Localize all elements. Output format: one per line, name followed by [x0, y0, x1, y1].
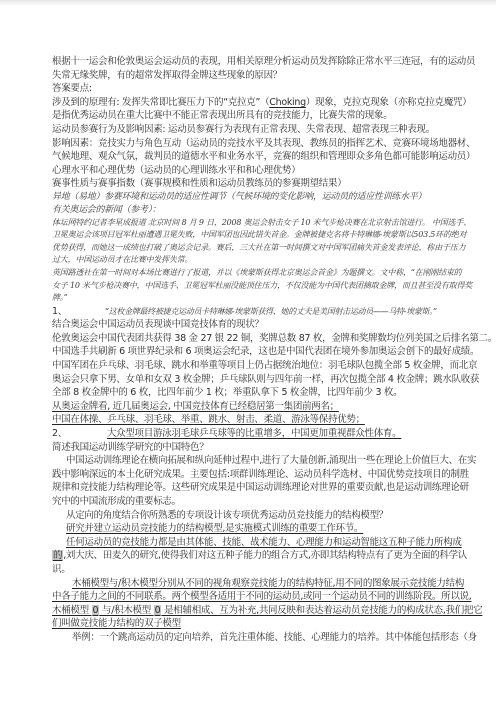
text-run: 答案要点:: [52, 83, 92, 94]
text-run: 奥运会只拿下男、女单和女双 3 枚金牌；乒乓球队则与四年前一样，再次包揽全部 4…: [52, 374, 479, 385]
text-line: 伦敦奥运会中国代表团共获得 38 金 27 银 22 铜，奖牌总数 87 枚，金…: [52, 332, 464, 346]
text-line: 从奥运金牌看, 近几届奥运会, 中国竞技体育已经稳居第一集团前两名；: [52, 400, 464, 414]
text-run: 英国路透社在第一时间对本场比赛进行了报道，并以《埃蒙斯获得北京奥运会首金》为题撰…: [52, 268, 462, 277]
text-line: 中国在体操、乒乓球、羽毛球、举重、跳水、射击、柔道、游泳等保持优势；: [52, 413, 464, 427]
text-run: 心理水平和心理优势（运动员的心理训练水平和和心理优势）: [52, 165, 300, 176]
text-line: 是指优秀运动员在重大比赛中不能正常表现出所具有的竞技能力，比赛失常的现象。: [52, 109, 464, 123]
text-run: 牌。”: [52, 293, 68, 302]
text-run: 从奥运金牌看, 近几届奥运会, 中国竞技体育已经稳居第一集团前两名；: [52, 401, 339, 412]
text-run: 规律和竞技能力结构理论等。这些研究成果是中国运动训练理论对世界的重要贡献,也是运…: [52, 482, 469, 493]
text-run: 中国在体操、乒乓球、羽毛球、举重、跳水、射击、柔道、游泳等保持优势；: [52, 414, 365, 425]
text-run: 是指优秀运动员在重大比赛中不能正常表现出所具有的竞技能力，比赛失常的现象。: [52, 110, 392, 121]
text-line: 卫冕奥运会该项目冠军杜丽遭遇卫冕失败，中国军团也因此错失首金。金牌被捷克名将卡特…: [52, 229, 464, 242]
text-run: 结合奥运会中国运动员表现谈中国竞技体育的现状？: [52, 319, 264, 330]
text-run: 中国军团在乒乓球、羽毛球、跳水和举重等项目上仍占据统治地位：羽毛球队包揽全部 5…: [52, 360, 477, 371]
text-line: 影响因素：竞技实力与角色互动（运动员的竞技水平及其表现、教练员的指挥艺术、竞赛环…: [52, 137, 464, 151]
text-run: ,刘大庆、田麦久的研究,使得我们对这五种子能力的组合方式,亦即其结构特点有了更为…: [63, 550, 467, 561]
text-run: 大众型项目游泳羽毛球乒乓球等的比重增多，中国更加重视群众性体育。: [107, 428, 401, 439]
text-run: 1、: [52, 306, 67, 317]
text-run: 体坛网特约记者李星成报道 北京时间 8 月 9 日，2008 奥运会射击女子 1…: [52, 218, 471, 227]
text-run: 与/积木模型: [99, 605, 153, 616]
field-shaded-text: 的: [52, 550, 63, 561]
text-run: 任何运动员的竞技能力都是由其体能、技能、战术能力、心理能力和运动智能这五种子能力…: [66, 537, 462, 548]
text-run: 2、: [52, 428, 67, 439]
document-content: 根据十一运会和伦敦奥运会运动员的表现，用相关原理分析运动员发挥除除正常水平三连冠…: [52, 55, 464, 645]
text-run: 中各子能力之间的不同联系。两个模型各适用于不同的运动员,或同一个运动员不同的训练…: [52, 591, 471, 602]
text-line: 木桶模型与/积木模型分别从不同的视角观察竞技能力的结构特征,用不同的图象展示竞技…: [52, 577, 464, 591]
text-run: 涉及到的原理有: 发挥失常即比赛压力下的“克拉克”（: [52, 97, 269, 108]
text-run: 践中影响深远的本土化研究成果。主要包括:项群训练理论、运动员科学选材、中国优势竞…: [52, 469, 469, 480]
text-line: 结合奥运会中国运动员表现谈中国竞技体育的现状？: [52, 318, 464, 332]
text-line: 体坛网特约记者李星成报道 北京时间 8 月 9 日，2008 奥运会射击女子 1…: [52, 217, 464, 230]
text-line: 心理水平和心理优势（运动员的心理训练水平和和心理优势）: [52, 164, 464, 178]
text-run: 影响因素：竞技实力与角色互动（运动员的竞技水平及其表现、教练员的指挥艺术、竞赛环…: [52, 138, 475, 149]
text-run: 是相辅相成、互为补充,共同反映和表达着运动员竞技能力的构成状态,我们把它: [161, 605, 482, 616]
text-run: 运动员参赛行为及影响因素: 运动员参赛行为表现有正常表现、失常表现、超常表现三种…: [52, 124, 435, 135]
text-line: 全部 8 枚金牌中的 6 枚，比四年前少 1 枚；举重队拿下 5 枚金牌，比四年…: [52, 386, 464, 400]
text-line: 1、“这枚金牌最终被捷克运动员卡特琳娜-埃蒙斯获得，她的丈夫是美国射击运动员——…: [52, 305, 464, 319]
text-line: 简述我国运动训练学研究的中国特色？: [52, 441, 464, 455]
text-run: 全部 8 枚金牌中的 6 枚，比四年前少 1 枚；举重队拿下 5 枚金牌，比四年…: [52, 387, 402, 398]
text-run: 识。: [52, 564, 70, 575]
text-line: 答案要点:: [52, 82, 464, 96]
text-run: 举例：一个跳高运动员的定向培养，首先注重体能、技能、心理能力的培养。其中体能包括…: [72, 632, 477, 643]
text-run: 中国运动训练理论在横向拓展和纵向延伸过程中,进行了大量创新,涌现出一些在理论上价…: [66, 455, 476, 466]
document-page: 根据十一运会和伦敦奥运会运动员的表现，用相关原理分析运动员发挥除除正常水平三连冠…: [0, 0, 496, 702]
text-run: Choking: [269, 97, 306, 108]
text-line: 英国路透社在第一时间对本场比赛进行了报道，并以《埃蒙斯获得北京奥运会首金》为题撰…: [52, 267, 464, 280]
text-run: 中国选手共刷新 6 项世界纪录和 6 项奥运会纪录，这也是中国代表团在境外参加奥…: [52, 346, 479, 357]
text-line: 优势获得，而她这一成绩也打破了奥运会记录。赛后，三大社在第一时间撰文对中国军团痛…: [52, 242, 464, 255]
text-line: 中国军团在乒乓球、羽毛球、跳水和举重等项目上仍占据统治地位：羽毛球队包揽全部 5…: [52, 359, 464, 373]
text-run: 女子 10 米气步枪决赛中，中国选手、卫冕冠军杜丽没能顶住压力，不仅没能为中国代…: [52, 281, 472, 290]
text-line: 牌。”: [52, 292, 464, 305]
text-run: 有关奥运会的新闻（参考）：: [52, 205, 161, 215]
text-run: 木桶模型与/积木模型分别从不同的视角观察竞技能力的结构特征,用不同的图象展示竞技…: [72, 578, 464, 589]
text-run: 根据十一运会和伦敦奥运会运动员的表现，用相关原理分析运动员发挥除除正常水平三连冠…: [52, 56, 475, 67]
scan-edge-artifact: [0, 0, 496, 6]
text-run: 从定向的角度结合你所熟悉的专项设计该专项优秀运动员竞技能力的结构模型？: [66, 510, 388, 521]
text-line: 异地（易地）参赛环境和运动员的适应性调节（气候环境的变化影响，运动员的适应性训练…: [52, 191, 464, 204]
text-line: 究中的中国流形成的重要标志。: [52, 495, 464, 509]
text-run: 研究并建立运动员竞技能力的结构模型,是实施模式训练的重要工作环节。: [66, 523, 363, 534]
text-line: 失常无缘奖牌，有的超常发挥取得金牌这些现象的原因？: [52, 69, 464, 83]
text-run: 究中的中国流形成的重要标志。: [52, 496, 181, 507]
text-line: 从定向的角度结合你所熟悉的专项设计该专项优秀运动员竞技能力的结构模型？: [52, 509, 464, 523]
text-line: 2、大众型项目游泳羽毛球乒乓球等的比重增多，中国更加重视群众性体育。: [52, 427, 464, 441]
text-line: 识。: [52, 563, 464, 577]
text-line: 过大，中国运动员才在比赛中发挥失常。: [52, 254, 464, 267]
text-line: 气候地理、观众气氛，裁判员的道德水平和业务水平，竞赛的组织和管理即众多角色都可能…: [52, 150, 464, 164]
text-run: 简述我国运动训练学研究的中国特色？: [52, 442, 208, 453]
text-line: 举例：一个跳高运动员的定向培养，首先注重体能、技能、心理能力的培养。其中体能包括…: [52, 631, 464, 645]
text-line: 木桶模型 0 与/积木模型 0 是相辅相成、互为补充,共同反映和表达着运动员竞技…: [52, 604, 464, 618]
text-line: 女子 10 米气步枪决赛中，中国选手、卫冕冠军杜丽没能顶住压力，不仅没能为中国代…: [52, 280, 464, 293]
text-run: 伦敦奥运会中国代表团共获得 38 金 27 银 22 铜，奖牌总数 87 枚，金…: [52, 333, 496, 344]
text-line: 奥运会只拿下男、女单和女双 3 枚金牌；乒乓球队则与四年前一样，再次包揽全部 4…: [52, 373, 464, 387]
text-line: 任何运动员的竞技能力都是由其体能、技能、战术能力、心理能力和运动智能这五种子能力…: [52, 536, 464, 550]
text-line: 规律和竞技能力结构理论等。这些研究成果是中国运动训练理论对世界的重要贡献,也是运…: [52, 481, 464, 495]
text-run: 过大，中国运动员才在比赛中发挥失常。: [52, 255, 192, 264]
text-run: 异地（易地）参赛环境和运动员的适应性调节（气候环境的变化影响，运动员的适应性训练…: [52, 192, 426, 202]
text-run: 木桶模型: [52, 605, 92, 616]
text-line: 运动员参赛行为及影响因素: 运动员参赛行为表现有正常表现、失常表现、超常表现三种…: [52, 123, 464, 137]
text-line: 根据十一运会和伦敦奥运会运动员的表现，用相关原理分析运动员发挥除除正常水平三连冠…: [52, 55, 464, 69]
text-run: 们叫做竞技能力结构的双子模型: [52, 618, 181, 629]
text-run: 卫冕奥运会该项目冠军杜丽遭遇卫冕失败，中国军团也因此错失首金。金牌被捷克名将卡特…: [52, 230, 466, 239]
text-line: 的,刘大庆、田麦久的研究,使得我们对这五种子能力的组合方式,亦即其结构特点有了更…: [52, 549, 464, 563]
text-run: 优势获得，而她这一成绩也打破了奥运会记录。赛后，三大社在第一时间撰文对中国军团痛…: [52, 243, 465, 252]
text-line: 中国选手共刷新 6 项世界纪录和 6 项奥运会纪录，这也是中国代表团在境外参加奥…: [52, 345, 464, 359]
text-run: “这枚金牌最终被捷克运动员卡特琳娜-埃蒙斯获得，她的丈夫是美国射击运动员——马特…: [105, 307, 437, 316]
text-line: 有关奥运会的新闻（参考）：: [52, 204, 464, 217]
text-line: 践中影响深远的本土化研究成果。主要包括:项群训练理论、运动员科学选材、中国优势竞…: [52, 468, 464, 482]
text-line: 涉及到的原理有: 发挥失常即比赛压力下的“克拉克”（Choking）现象，克拉克…: [52, 96, 464, 110]
text-line: 研究并建立运动员竞技能力的结构模型,是实施模式训练的重要工作环节。: [52, 522, 464, 536]
text-line: 赛事性质与赛事指数（赛事规模和性质和运动员教练员的参赛期望结果）: [52, 177, 464, 191]
text-run: 失常无缘奖牌，有的超常发挥取得金牌这些现象的原因？: [52, 70, 282, 81]
text-line: 们叫做竞技能力结构的双子模型: [52, 617, 464, 631]
text-line: 中各子能力之间的不同联系。两个模型各适用于不同的运动员,或同一个运动员不同的训练…: [52, 590, 464, 604]
text-run: 气候地理、观众气氛，裁判员的道德水平和业务水平，竞赛的组织和管理即众多角色都可能…: [52, 151, 475, 162]
text-line: 中国运动训练理论在横向拓展和纵向延伸过程中,进行了大量创新,涌现出一些在理论上价…: [52, 454, 464, 468]
text-run: 赛事性质与赛事指数（赛事规模和性质和运动员教练员的参赛期望结果）: [52, 178, 346, 189]
text-run: ）现象，克拉克现象（亦称克拉克魔咒）: [306, 97, 472, 108]
